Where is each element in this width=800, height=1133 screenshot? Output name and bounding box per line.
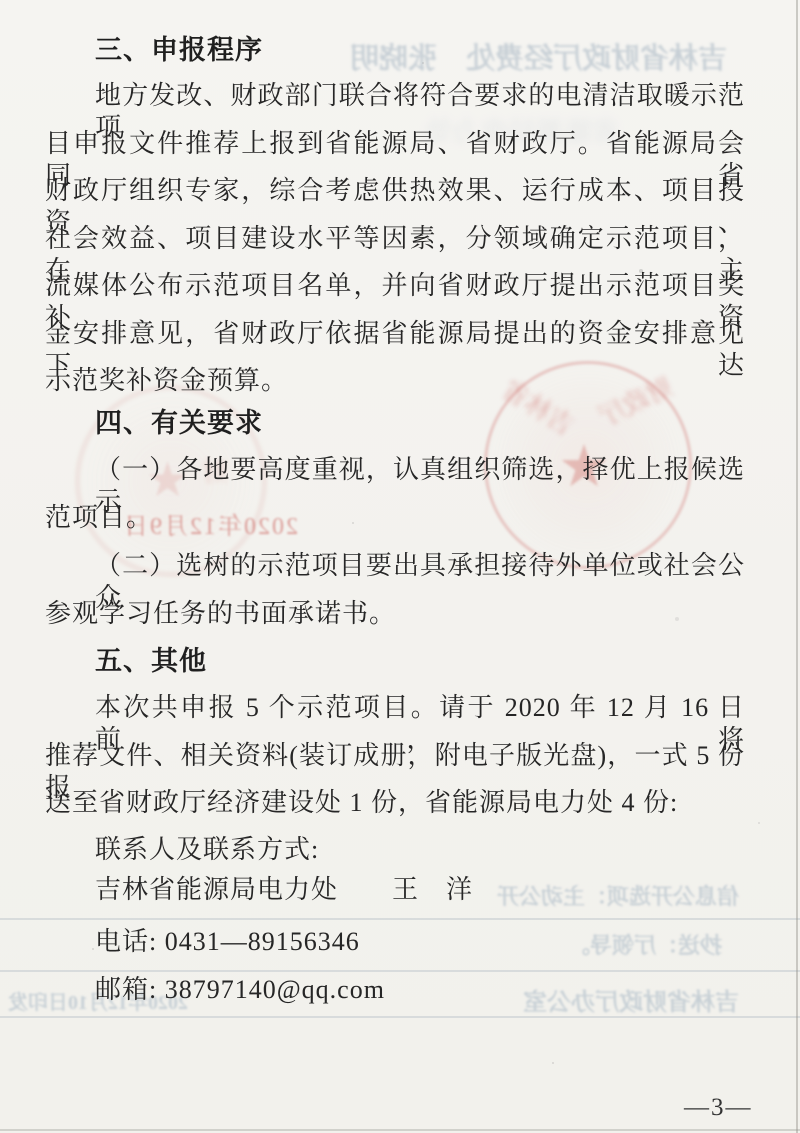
contact-unit-name-line: 吉林省能源局电力处 王 洋 bbox=[95, 874, 473, 906]
contact-phone-line: 电话: 0431—89156346 bbox=[95, 926, 360, 958]
bleedthrough-rule bbox=[0, 970, 800, 972]
text-line: 范项目。 bbox=[45, 502, 153, 534]
section-heading-4: 四、有关要求 bbox=[95, 407, 263, 439]
section-heading-5: 五、其他 bbox=[95, 645, 207, 677]
bleedthrough-rule bbox=[0, 918, 800, 920]
scan-edge-right bbox=[796, 0, 798, 1133]
bleedthrough-cc-line: 抄送：厅领导。 bbox=[568, 929, 722, 960]
text-line: 参观学习任务的书面承诺书。 bbox=[45, 598, 396, 630]
text-line: 示范奖补资金预算。 bbox=[45, 365, 288, 397]
bleedthrough-office-line: 吉林省财政厅办公室 bbox=[523, 982, 739, 1017]
contact-intro-line: 联系人及联系方式: bbox=[95, 834, 319, 866]
contact-email-line: 邮箱: 38797140@qq.com bbox=[95, 974, 385, 1006]
page-number: —3— bbox=[684, 1092, 753, 1124]
scan-edge-bottom bbox=[0, 1129, 800, 1131]
bleedthrough-publicity-line: 信息公开选项：主动公开 bbox=[497, 880, 739, 911]
section-heading-3: 三、申报程序 bbox=[95, 34, 263, 66]
scanned-document-page: 吉林省财政厅经费处 张晓明 省能源局电力处 ★ 吉林省 财政厅 ★ 财 2020… bbox=[0, 0, 800, 1133]
text-line: 送至省财政厅经济建设处 1 份，省能源局电力处 4 份: bbox=[45, 787, 678, 819]
bleedthrough-header-text: 吉林省财政厅经费处 张晓明 bbox=[350, 36, 727, 77]
text-line: （一）各地要高度重视，认真组织筛选，择优上报候选示 bbox=[95, 454, 745, 518]
scan-speckles bbox=[0, 0, 2, 2]
